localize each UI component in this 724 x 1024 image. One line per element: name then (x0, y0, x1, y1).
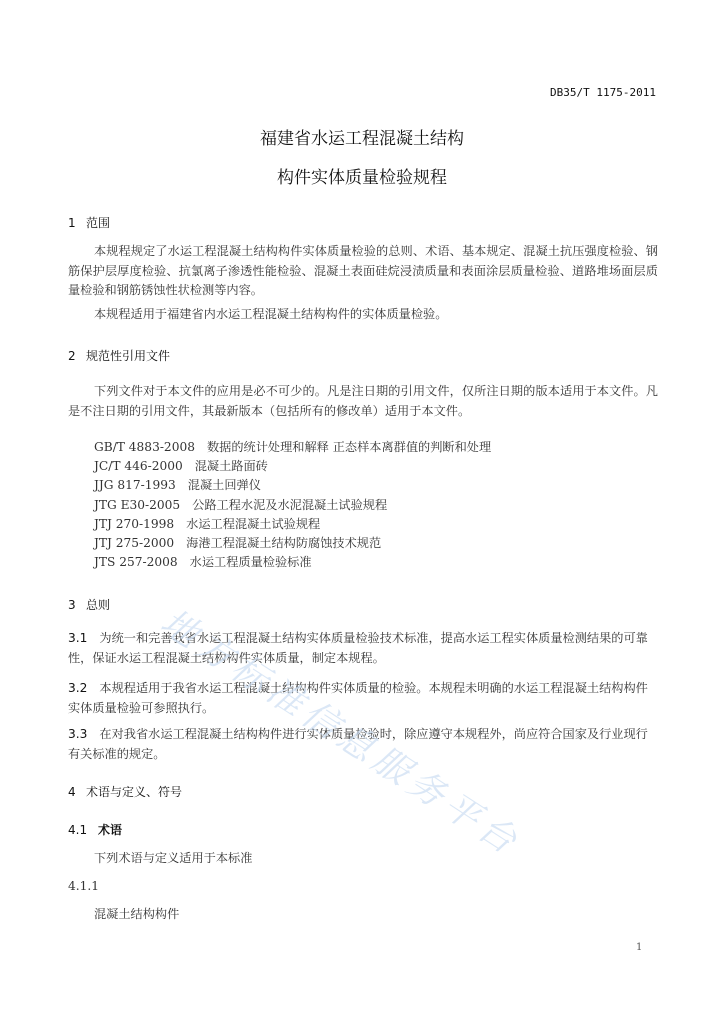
section-title: 规范性引用文件 (86, 349, 170, 363)
section-2-heading: 2规范性引用文件 (68, 347, 170, 364)
reference-item: JJG 817-1993混凝土回弹仪 (94, 476, 491, 495)
clause-3-1: 3.1为统一和完善我省水运工程混凝土结构实体质量检验技术标准，提高水运工程实体质… (68, 628, 658, 668)
reference-item: JTG E30-2005公路工程水泥及水泥混凝土试验规程 (94, 496, 491, 515)
subsection-4-1-intro: 下列术语与定义适用于本标准 (94, 849, 654, 869)
reference-item: JTJ 270-1998水运工程混凝土试验规程 (94, 515, 491, 534)
clause-number: 3.3 (68, 727, 87, 741)
term-4-1-1-name: 混凝土结构构件 (94, 905, 654, 925)
reference-item: JTS 257-2008水运工程质量检验标准 (94, 553, 491, 572)
normative-references-list: GB/T 4883-2008数据的统计处理和解释 正态样本离群值的判断和处理 J… (94, 438, 491, 572)
reference-code: JJG 817-1993 (94, 476, 176, 495)
subsection-4-1-heading: 4.1术语 (68, 821, 122, 838)
reference-code: JTG E30-2005 (94, 496, 180, 515)
clause-3-2: 3.2本规程适用于我省水运工程混凝土结构构件实体质量的检验。本规程未明确的水运工… (68, 678, 658, 718)
clause-text: 为统一和完善我省水运工程混凝土结构实体质量检验技术标准，提高水运工程实体质量检测… (68, 631, 648, 665)
section-number: 1 (68, 216, 86, 230)
clause-3-3: 3.3在对我省水运工程混凝土结构构件进行实体质量检验时，除应遵守本规程外，尚应符… (68, 724, 658, 764)
document-code: DB35/T 1175-2011 (550, 86, 656, 99)
reference-item: JTJ 275-2000海港工程混凝土结构防腐蚀技术规范 (94, 534, 491, 553)
section-number: 3 (68, 598, 86, 612)
section-title: 范围 (86, 216, 110, 230)
reference-title: 数据的统计处理和解释 正态样本离群值的判断和处理 (207, 440, 491, 454)
subsection-number: 4.1 (68, 823, 98, 837)
section-title: 术语与定义、符号 (86, 785, 182, 799)
section-title: 总则 (86, 598, 110, 612)
reference-code: JTJ 270-1998 (94, 515, 174, 534)
reference-title: 混凝土路面砖 (195, 459, 268, 473)
section-number: 2 (68, 349, 86, 363)
document-title-line1: 福建省水运工程混凝土结构 (0, 124, 724, 149)
reference-title: 混凝土回弹仪 (188, 478, 261, 492)
reference-item: JC/T 446-2000混凝土路面砖 (94, 457, 491, 476)
reference-item: GB/T 4883-2008数据的统计处理和解释 正态样本离群值的判断和处理 (94, 438, 491, 457)
reference-code: JC/T 446-2000 (94, 457, 183, 476)
section-3-heading: 3总则 (68, 596, 110, 613)
section-1-paragraph-1: 本规程规定了水运工程混凝土结构构件实体质量检验的总则、术语、基本规定、混凝土抗压… (68, 242, 658, 301)
clause-number: 3.1 (68, 631, 87, 645)
clause-number: 3.2 (68, 681, 87, 695)
page-number: 1 (636, 942, 642, 953)
reference-title: 海港工程混凝土结构防腐蚀技术规范 (186, 536, 381, 550)
clause-text: 本规程适用于我省水运工程混凝土结构构件实体质量的检验。本规程未明确的水运工程混凝… (68, 681, 648, 715)
reference-title: 水运工程质量检验标准 (190, 555, 312, 569)
document-title-line2: 构件实体质量检验规程 (0, 163, 724, 188)
reference-code: JTS 257-2008 (94, 553, 178, 572)
section-1-paragraph-2: 本规程适用于福建省内水运工程混凝土结构构件的实体质量检验。 (68, 305, 658, 325)
reference-title: 水运工程混凝土试验规程 (186, 517, 320, 531)
reference-code: JTJ 275-2000 (94, 534, 174, 553)
section-number: 4 (68, 785, 86, 799)
section-4-heading: 4术语与定义、符号 (68, 783, 182, 800)
section-1-heading: 1范围 (68, 214, 110, 231)
reference-title: 公路工程水泥及水泥混凝土试验规程 (192, 498, 387, 512)
section-2-paragraph-1: 下列文件对于本文件的应用是必不可少的。凡是注日期的引用文件，仅所注日期的版本适用… (68, 382, 658, 421)
clause-text: 在对我省水运工程混凝土结构构件进行实体质量检验时，除应遵守本规程外，尚应符合国家… (68, 727, 648, 761)
term-4-1-1-number: 4.1.1 (68, 877, 658, 897)
reference-code: GB/T 4883-2008 (94, 438, 195, 457)
subsection-title: 术语 (98, 823, 122, 837)
